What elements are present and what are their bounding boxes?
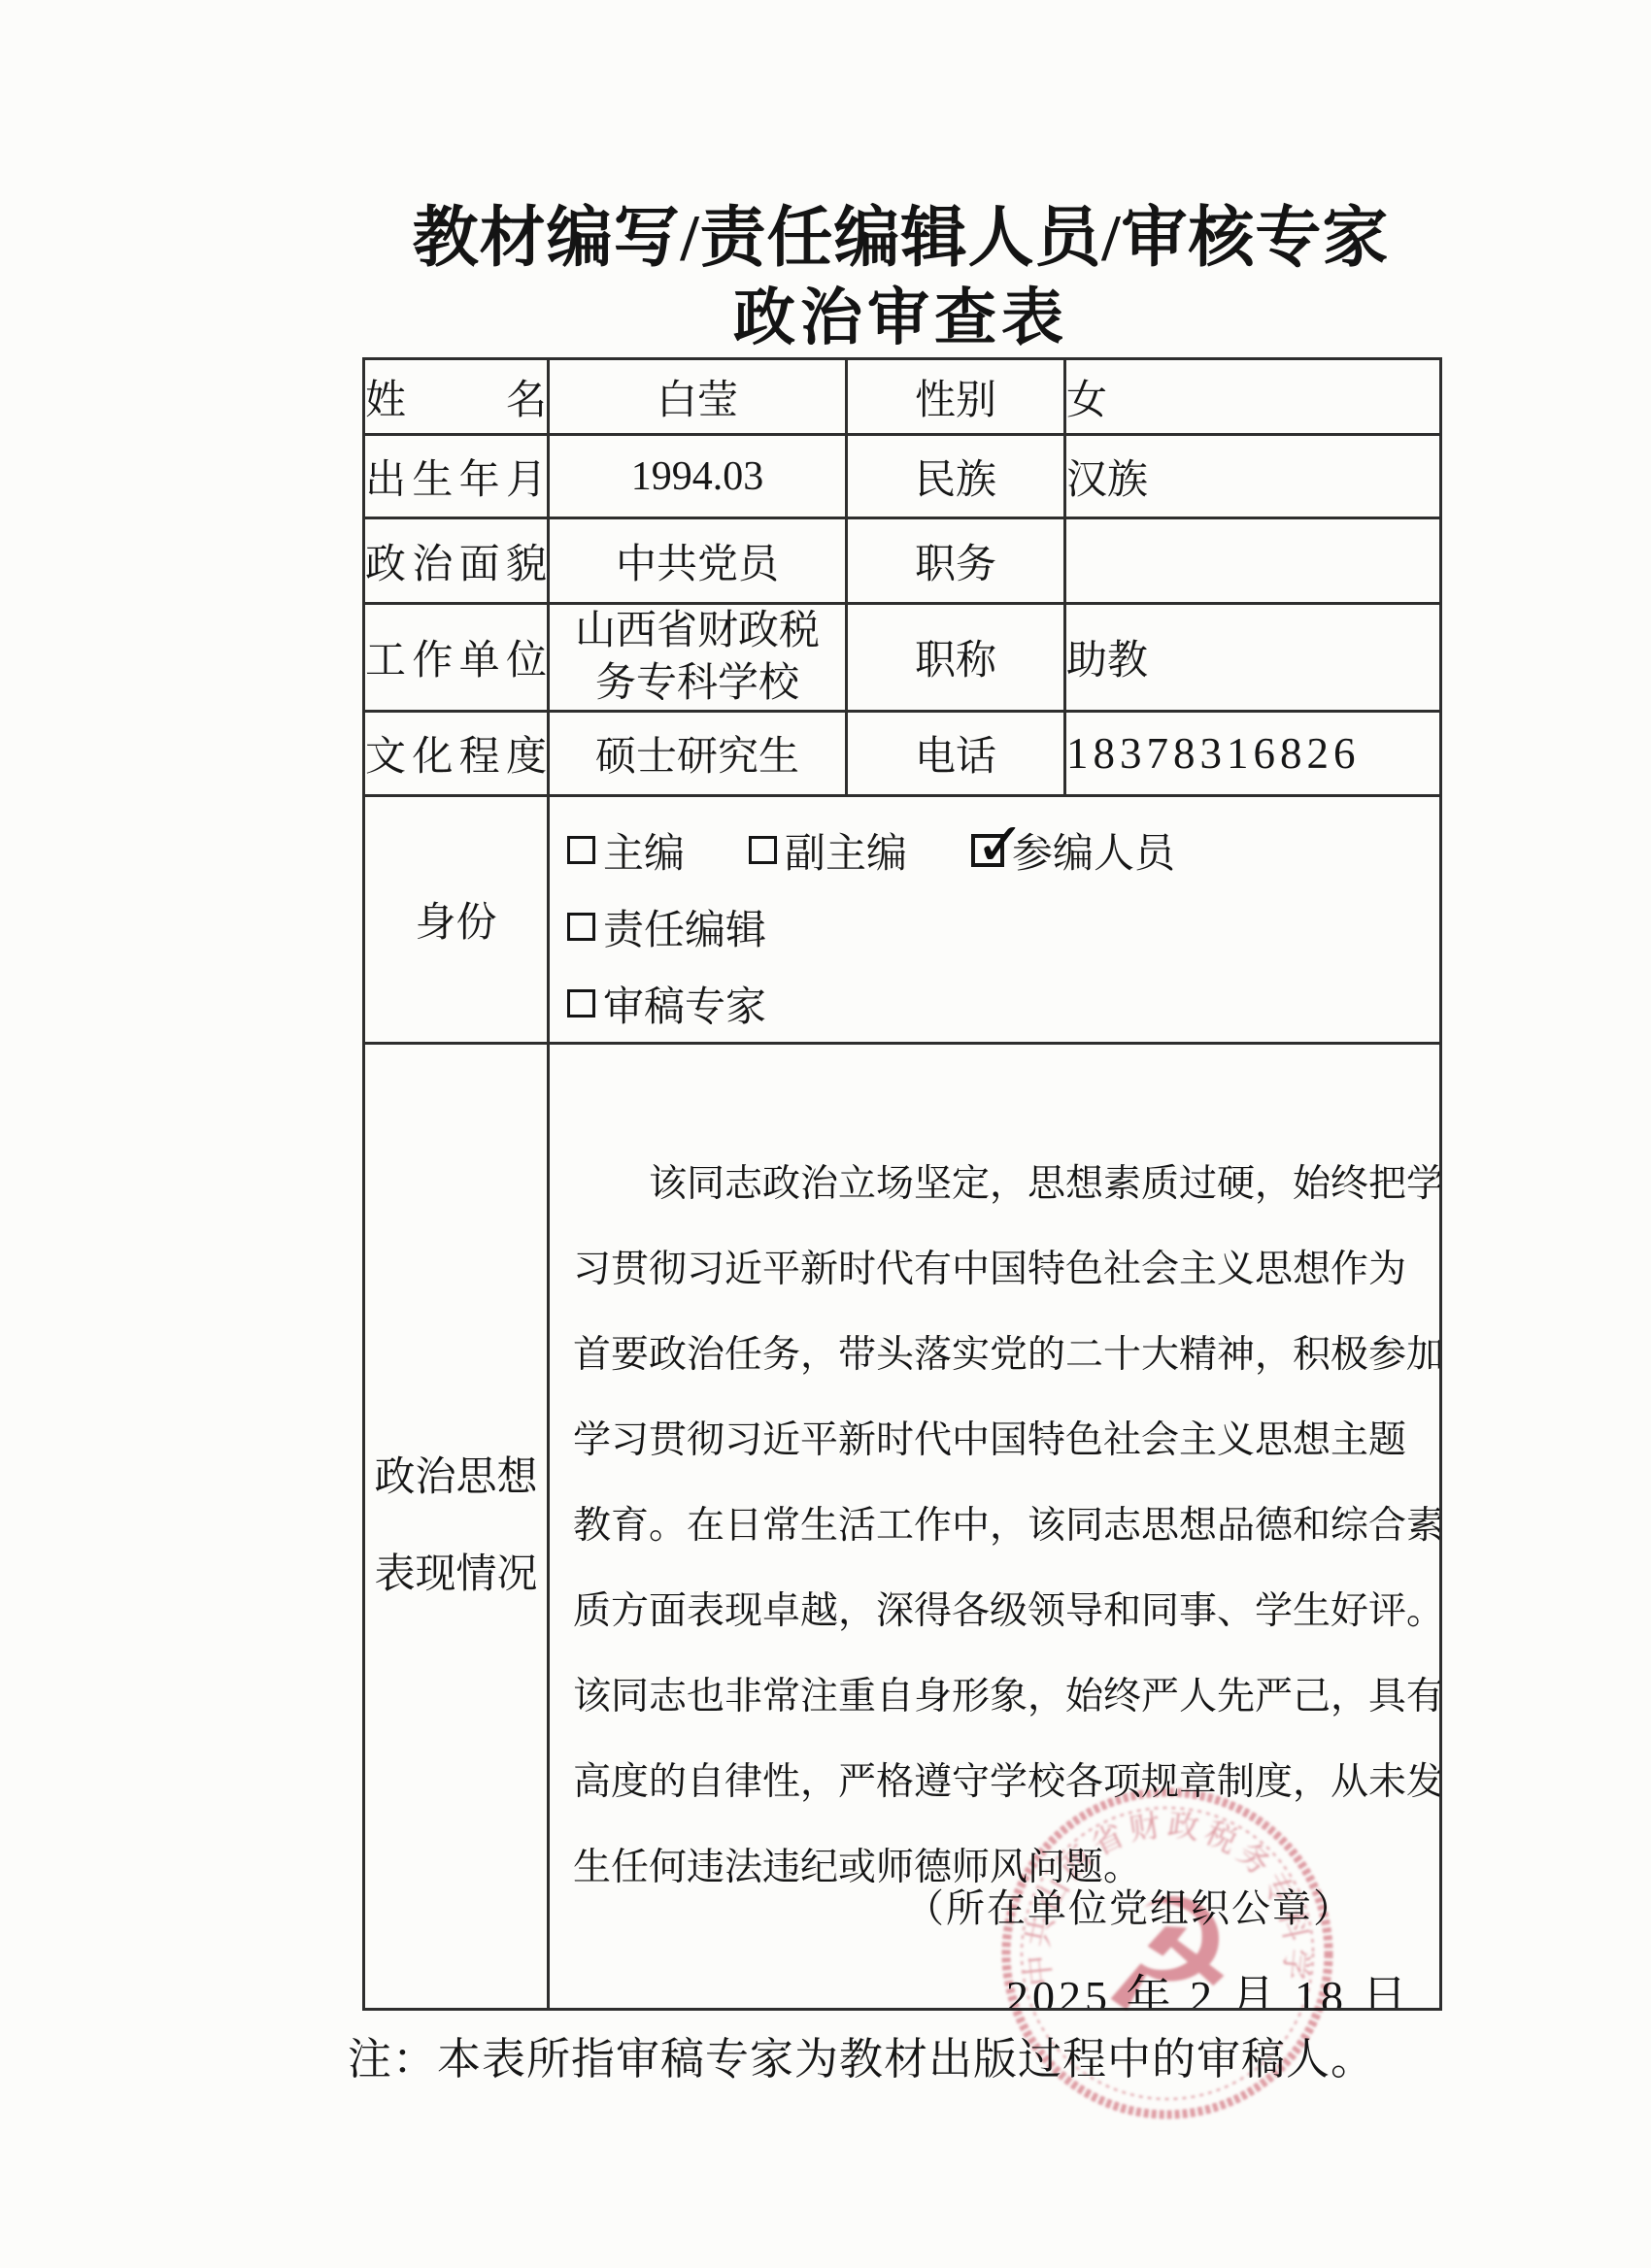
field-label-ethnicity: 民族 <box>847 435 1065 518</box>
political-performance-cell: 该同志政治立场坚定，思想素质过硬，始终把学 习贯彻习近平新时代有中国特色社会主义… <box>549 1044 1441 2010</box>
identity-option-contributor[interactable]: 参编人员 <box>971 821 1175 880</box>
scanned-form-page: { "title": { "line1": "教材编写/责任编辑人员/审核专家"… <box>0 0 1651 2268</box>
field-value-name: 白莹 <box>549 359 847 435</box>
identity-line-1: 主编 副主编 参编人员 <box>550 812 1439 888</box>
unchecked-checkbox-icon[interactable] <box>567 836 595 864</box>
identity-option-responsible-editor[interactable]: 责任编辑 <box>567 898 766 956</box>
field-label-position: 职务 <box>847 518 1065 604</box>
table-row: 工作单位 山西省财政税 务专科学校 职称 助教 <box>364 604 1441 712</box>
field-value-job-title: 助教 <box>1065 604 1441 712</box>
field-label-education: 文化程度 <box>364 712 549 796</box>
identity-option-label: 责任编辑 <box>603 898 766 956</box>
field-label-gender: 性别 <box>847 359 1065 435</box>
table-row: 出生年月 1994.03 民族 汉族 <box>364 435 1441 518</box>
field-label-work-unit: 工作单位 <box>364 604 549 712</box>
table-row: 文化程度 硕士研究生 电话 18378316826 <box>364 712 1441 796</box>
field-value-phone: 18378316826 <box>1065 712 1441 796</box>
identity-option-label: 审稿专家 <box>603 975 766 1033</box>
field-label-birth: 出生年月 <box>364 435 549 518</box>
field-value-position <box>1065 518 1441 604</box>
field-label-name: 姓名 <box>364 359 549 435</box>
identity-line-2: 责任编辑 <box>550 888 1439 965</box>
field-value-work-unit: 山西省财政税 务专科学校 <box>549 604 847 712</box>
sign-date: 2025 年 2 月 18 日 <box>1006 1961 1411 2010</box>
footnote: 注：本表所指审稿专家为教材出版过程中的审稿人。 <box>348 2023 1375 2086</box>
field-label-phone: 电话 <box>847 712 1065 796</box>
identity-option-label: 参编人员 <box>1012 821 1175 880</box>
field-value-birth: 1994.03 <box>549 435 847 518</box>
table-row: 姓名 白莹 性别 女 <box>364 359 1441 435</box>
identity-option-review-expert[interactable]: 审稿专家 <box>567 975 766 1033</box>
identity-options-cell: 主编 副主编 参编人员 责任编辑 <box>549 796 1441 1044</box>
political-review-table: 姓名 白莹 性别 女 出生年月 1994.03 民族 汉族 政治面貌 中共党员 … <box>362 357 1442 2011</box>
unchecked-checkbox-icon[interactable] <box>567 913 595 941</box>
field-value-gender: 女 <box>1065 359 1441 435</box>
page-title-line2: 政治审查表 <box>362 280 1439 357</box>
field-label-identity: 身份 <box>364 796 549 1044</box>
identity-option-label: 副主编 <box>785 821 907 880</box>
field-label-job-title: 职称 <box>847 604 1065 712</box>
field-value-ethnicity: 汉族 <box>1065 435 1441 518</box>
identity-option-chief-editor[interactable]: 主编 <box>567 821 685 880</box>
page-title-line1: 教材编写/责任编辑人员/审核专家 <box>362 196 1439 280</box>
identity-option-deputy-editor[interactable]: 副主编 <box>749 821 907 880</box>
checked-checkbox-icon[interactable] <box>971 834 1004 867</box>
identity-line-3: 审稿专家 <box>550 965 1439 1042</box>
identity-option-label: 主编 <box>603 821 685 880</box>
field-value-political-status: 中共党员 <box>549 518 847 604</box>
table-row-political: 政治思想 表现情况 该同志政治立场坚定，思想素质过硬，始终把学 习贯彻习近平新时… <box>364 1044 1441 2010</box>
table-row: 政治面貌 中共党员 职务 <box>364 518 1441 604</box>
page-title: 教材编写/责任编辑人员/审核专家 政治审查表 <box>362 196 1439 357</box>
seal-caption: （所在单位党组织公章） <box>905 1878 1354 1933</box>
field-label-political-status: 政治面貌 <box>364 518 549 604</box>
field-label-political-performance: 政治思想 表现情况 <box>364 1044 549 2010</box>
table-row-identity: 身份 主编 副主编 参编人员 责任编辑 <box>364 796 1441 1044</box>
political-paragraph: 该同志政治立场坚定，思想素质过硬，始终把学 习贯彻习近平新时代有中国特色社会主义… <box>550 1142 1439 1911</box>
field-value-education: 硕士研究生 <box>549 712 847 796</box>
unchecked-checkbox-icon[interactable] <box>567 989 595 1017</box>
unchecked-checkbox-icon[interactable] <box>749 836 777 864</box>
